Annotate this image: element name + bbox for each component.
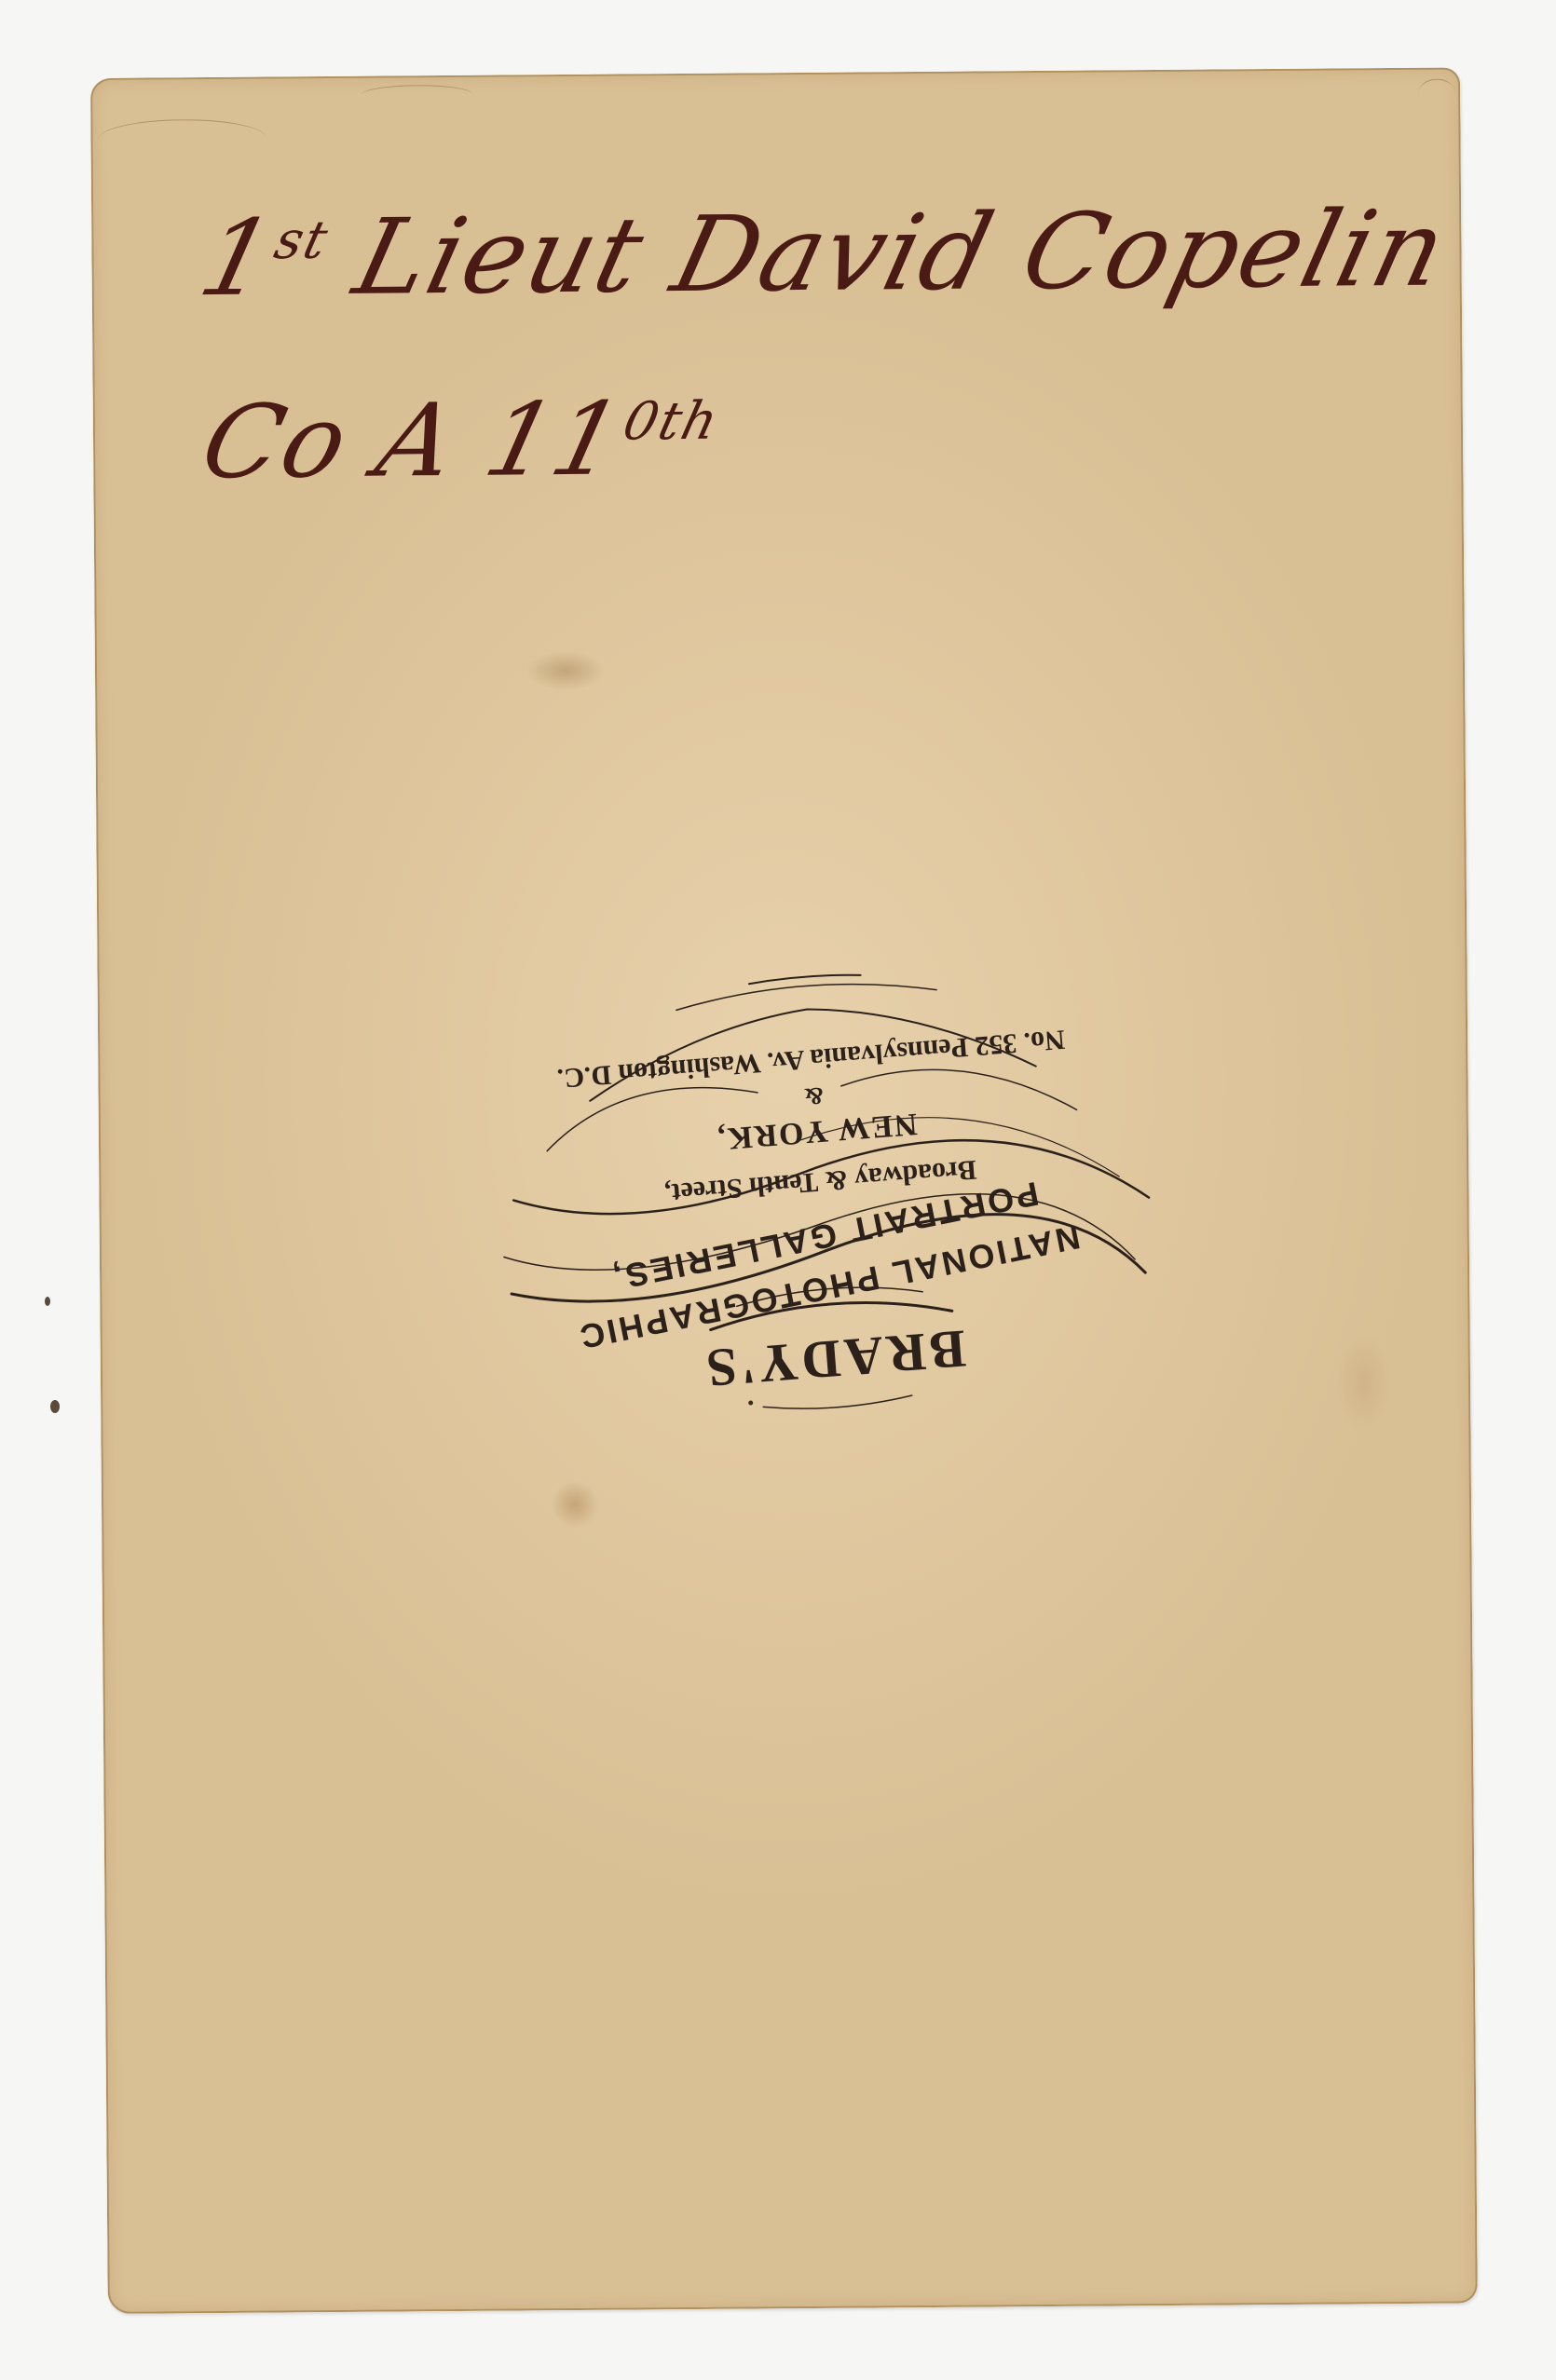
regiment-suffix: 0th (618, 391, 726, 453)
edge-crease (361, 85, 472, 105)
corner-crease-right (1418, 78, 1455, 107)
debris-speck (45, 1297, 50, 1306)
inscription-line-1: 1st Lieut David Copelin (189, 188, 1459, 320)
ink-dot (748, 1400, 753, 1405)
company-regiment: Co A 11 (191, 381, 635, 501)
inscription-line-2: Co A 110th (191, 381, 728, 502)
debris-speck (50, 1400, 60, 1413)
photographer-backstamp: BRADY'S NATIONAL PHOTOGRAPHIC PORTRAIT G… (470, 946, 1172, 1435)
photo-card-back: 1st Lieut David Copelin Co A 110th BRADY… (90, 67, 1478, 2313)
officer-name: Lieut David Copelin (308, 188, 1458, 319)
corner-crease (98, 119, 266, 158)
